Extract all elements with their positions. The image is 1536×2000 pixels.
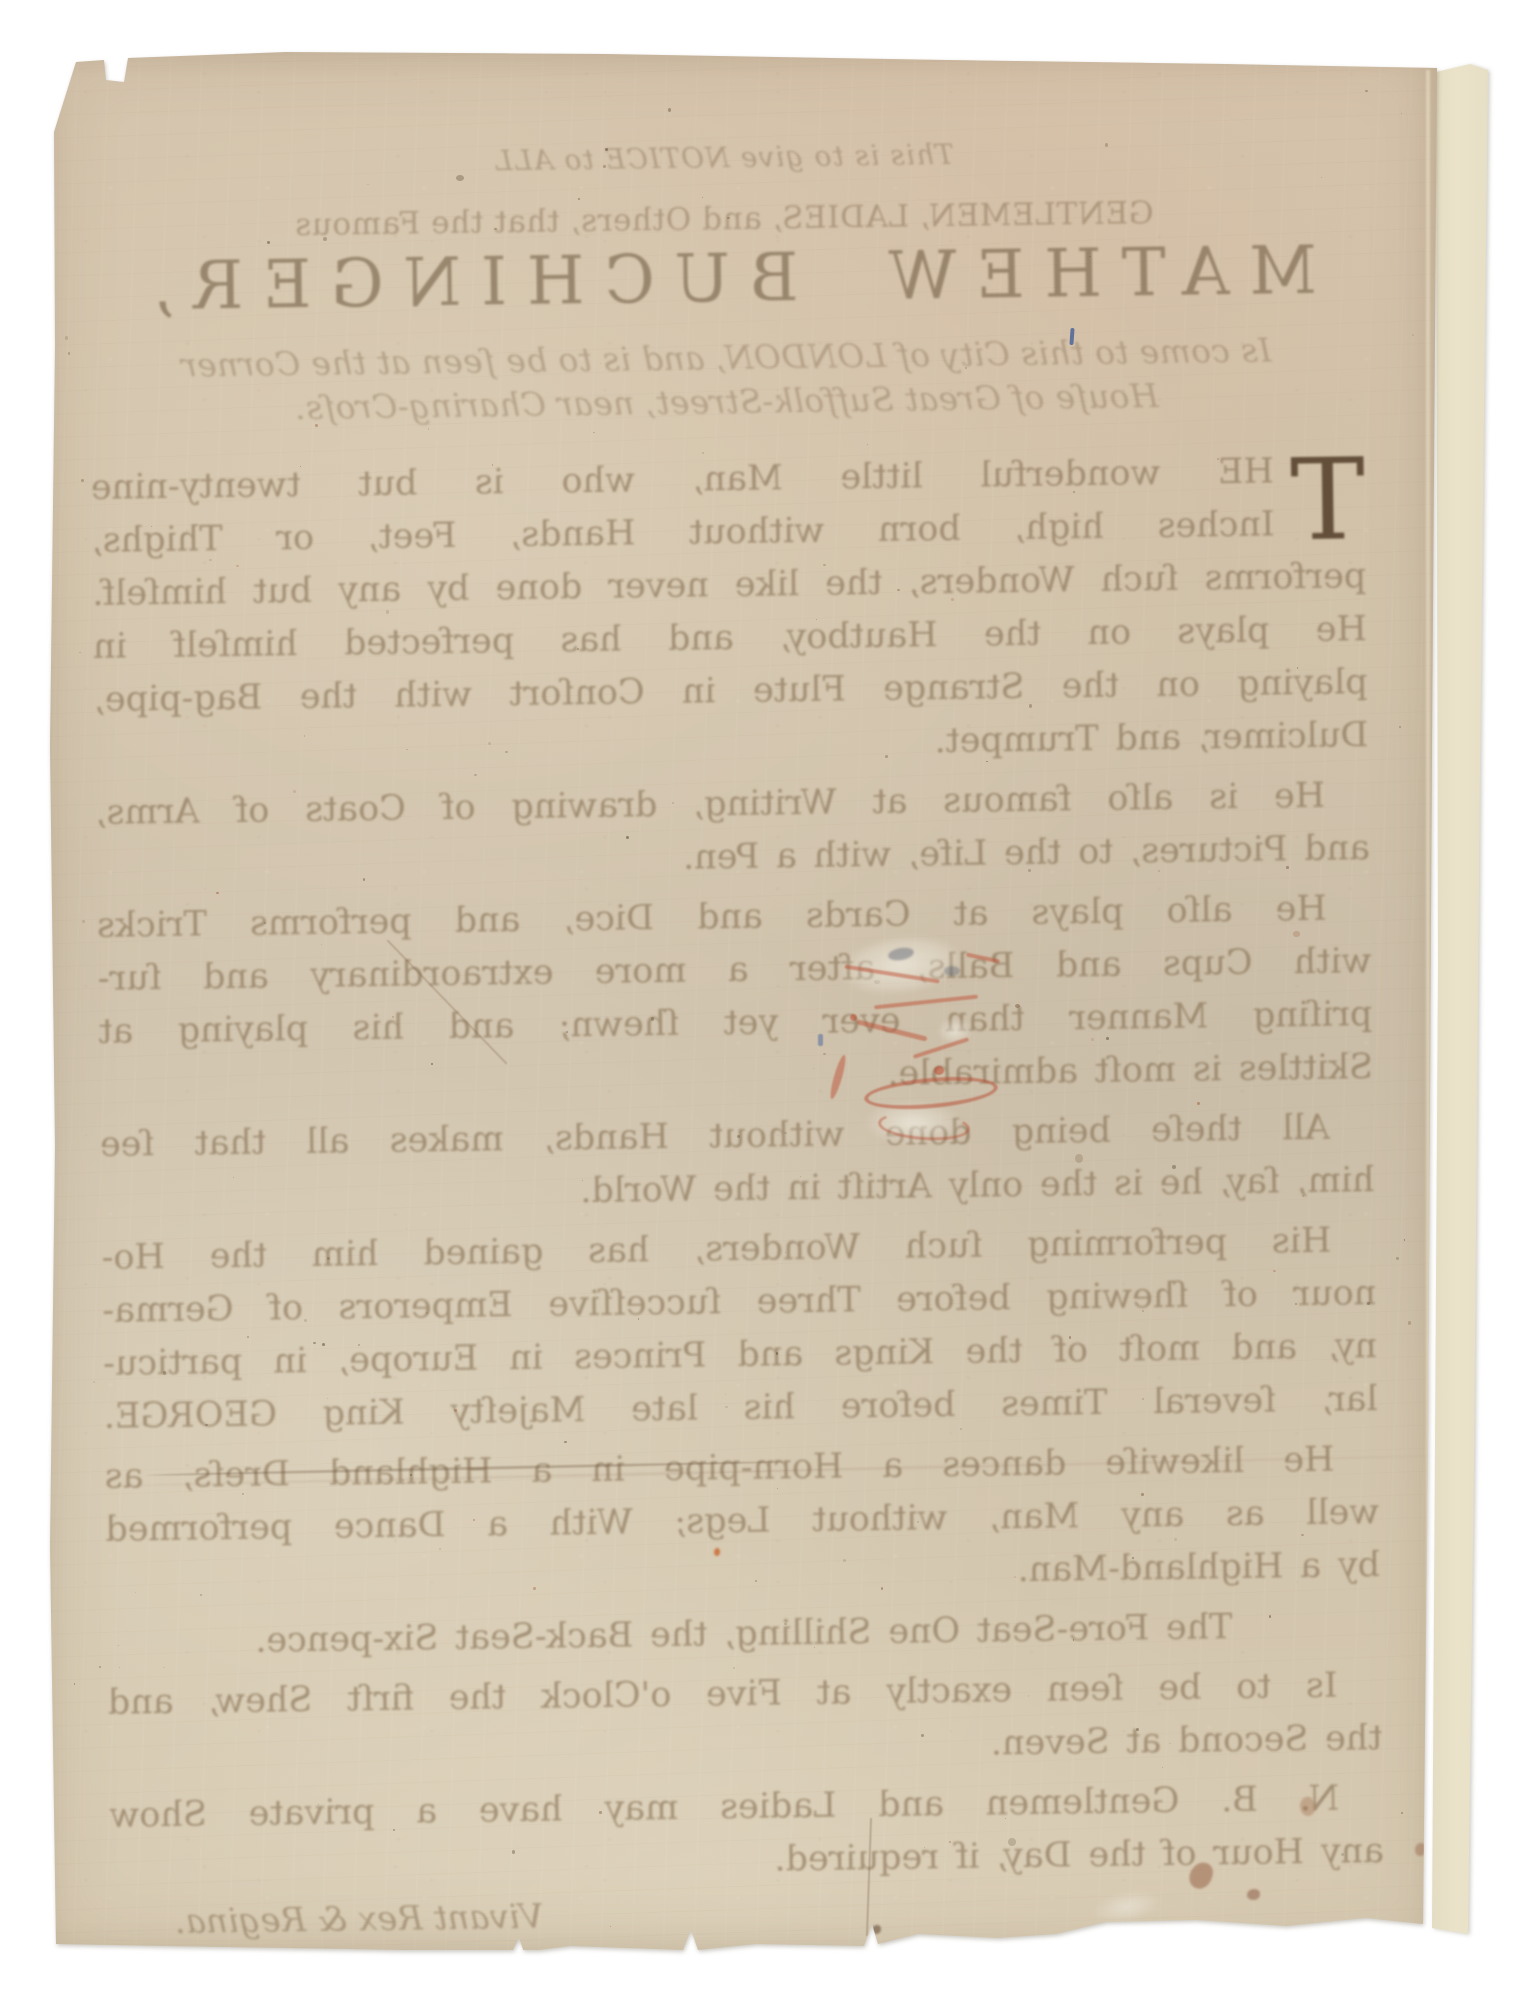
speck	[93, 1381, 95, 1383]
speck	[68, 352, 70, 355]
red-seal-remnant	[816, 926, 1021, 1141]
speck	[1399, 726, 1401, 728]
paragraph: Is to be ſeen exactly at Five o'Clock th…	[107, 1659, 1382, 1783]
speck	[1404, 1239, 1405, 1241]
speck	[99, 1666, 101, 1668]
speck	[65, 336, 68, 340]
mirrored-showthrough-text: This is to give NOTICE to ALL GENTLEMEN,…	[85, 37, 1385, 1959]
seal-red-dot	[934, 1066, 944, 1075]
paragraph: He is alſo famous at Writing, drawing of…	[95, 769, 1370, 893]
seal-red-ring	[863, 1072, 999, 1114]
speck	[82, 920, 85, 923]
scan-background: This is to give NOTICE to ALL GENTLEMEN,…	[0, 0, 1536, 2000]
performer-name-title: MATHEW BUCHINGER,	[88, 233, 1363, 325]
brown-stain	[1247, 1889, 1260, 1900]
speck	[1408, 1321, 1411, 1325]
drop-cap: T	[1290, 450, 1366, 551]
speck	[74, 1683, 75, 1685]
speck	[1401, 113, 1402, 114]
notice-line: This is to give NOTICE to ALL	[86, 131, 1360, 185]
handbill-paper: This is to give NOTICE to ALL GENTLEMEN,…	[46, 46, 1440, 1950]
handbill-paper-wrap: This is to give NOTICE to ALL GENTLEMEN,…	[46, 46, 1440, 1950]
paragraph: All theſe being done without Hands, make…	[100, 1101, 1375, 1225]
speck	[79, 652, 81, 653]
dark-speck	[958, 1942, 968, 1950]
body-paragraphs: THE wonderful little Man, who is but twe…	[90, 444, 1384, 1896]
seal-red-dot	[850, 1014, 857, 1021]
text-line: The Fore-Seat One Shilling, the Back-Sea…	[107, 1599, 1382, 1670]
paragraph: His performing ſuch Wonders, has gained …	[101, 1214, 1378, 1444]
dark-speck	[872, 1925, 881, 1934]
speck	[1401, 1812, 1403, 1814]
speck	[81, 479, 84, 482]
seal-red-stroke	[828, 1054, 848, 1100]
cut-edge-highlight	[1426, 70, 1430, 1918]
speck	[1396, 1257, 1399, 1260]
speck	[1412, 334, 1414, 336]
paragraph: He likewiſe dances a Horn-pipe in a High…	[104, 1433, 1380, 1610]
seal-red-stroke	[856, 1019, 927, 1041]
brown-stain	[1415, 1843, 1426, 1856]
paragraph: THE wonderful little Man, who is but twe…	[90, 444, 1368, 780]
orange-speck	[714, 1548, 720, 1556]
speck	[1365, 90, 1368, 92]
seal-gray-ink-trace	[944, 966, 960, 976]
royal-motto: Vivant Rex & Regina.	[111, 1885, 1385, 1943]
seal-blue-fleck	[818, 1034, 823, 1046]
paragraph: He alſo plays at Cards and Dice, and per…	[97, 882, 1374, 1112]
paragraph: The Fore-Seat One Shilling, the Back-Sea…	[107, 1599, 1382, 1670]
